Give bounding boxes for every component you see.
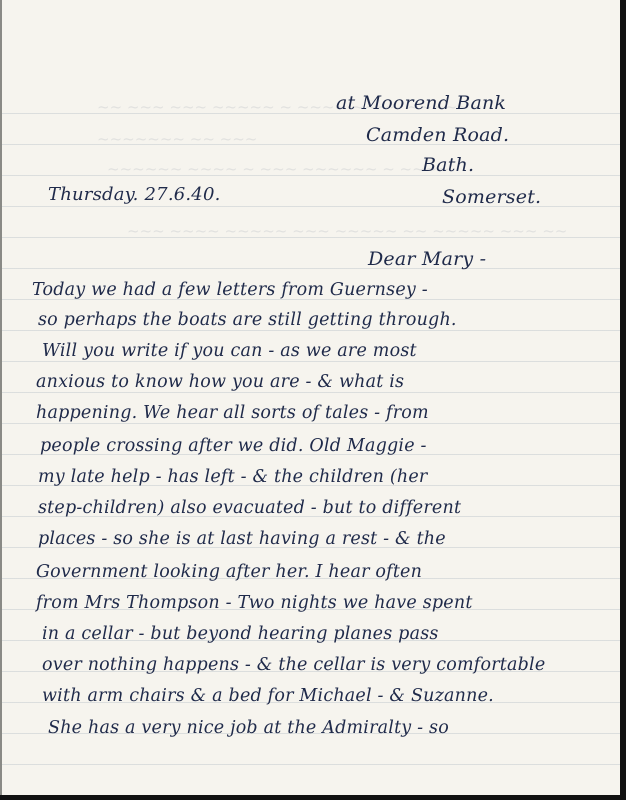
scan-border-right [620, 0, 626, 800]
body-line: step-children) also evacuated - but to d… [38, 498, 461, 518]
body-line: She has a very nice job at the Admiralty… [48, 718, 449, 738]
top-margin [2, 0, 620, 113]
address-line-4: Somerset. [442, 186, 541, 208]
address-line-3: Bath. [422, 154, 474, 176]
letter-page: ~~ ~~~ ~~~ ~~~~~ ~ ~~~~ ~~~~ ~~~~~~ ~~~~… [0, 0, 620, 795]
address-line-2: Camden Road. [366, 124, 509, 146]
body-line: happening. We hear all sorts of tales - … [36, 403, 429, 423]
scan-border-bottom [0, 795, 626, 800]
body-line: Government looking after her. I hear oft… [36, 562, 422, 582]
bleed-through-text: ~~~~~~ ~~~~ ~ ~~~ ~~~~~~ ~ ~~~~ [107, 160, 450, 178]
body-line: my late help - has left - & the children… [38, 467, 427, 487]
bleed-through-text: ~~~ ~~~~ ~~~~~ ~~~ ~~~~~ ~~ ~~~~~ ~~~ ~~ [127, 222, 567, 240]
body-line: Today we had a few letters from Guernsey… [32, 280, 428, 300]
ruled-lines [2, 0, 620, 795]
letter-date: Thursday. 27.6.40. [48, 184, 221, 205]
body-line: from Mrs Thompson - Two nights we have s… [36, 593, 473, 613]
body-line: places - so she is at last having a rest… [38, 529, 446, 549]
body-line: with arm chairs & a bed for Michael - & … [42, 686, 494, 706]
body-line: over nothing happens - & the cellar is v… [42, 655, 545, 675]
body-line: in a cellar - but beyond hearing planes … [42, 624, 439, 644]
salutation: Dear Mary - [368, 248, 486, 270]
bleed-through-text: ~~~~~~~ ~~ ~~~ [97, 130, 257, 148]
body-line: people crossing after we did. Old Maggie… [40, 436, 427, 456]
body-line: so perhaps the boats are still getting t… [38, 310, 457, 330]
body-line: anxious to know how you are - & what is [36, 372, 404, 392]
address-line-1: at Moorend Bank [336, 92, 506, 114]
body-line: Will you write if you can - as we are mo… [42, 341, 417, 361]
